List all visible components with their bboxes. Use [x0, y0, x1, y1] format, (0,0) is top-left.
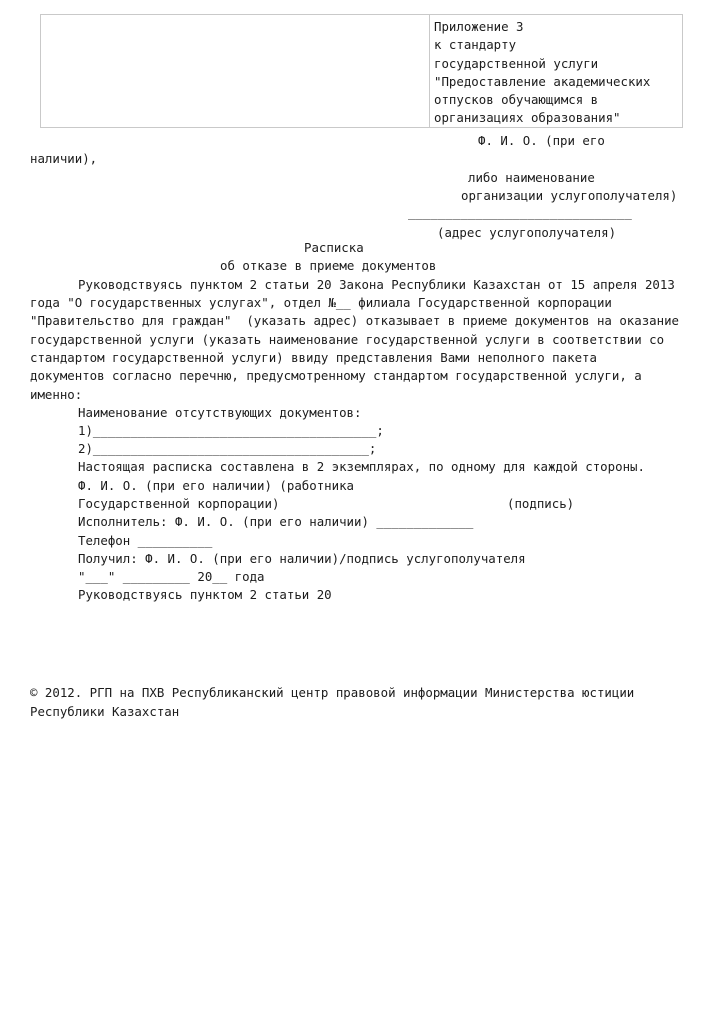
missing-docs-item-1: 1)______________________________________…	[78, 423, 384, 438]
missing-docs-header: Наименование отсутствующих документов:	[78, 405, 361, 420]
executor-line: Исполнитель: Ф. И. О. (при его наличии) …	[78, 514, 473, 529]
document-title-line-1: Расписка	[304, 240, 364, 255]
annex-line-5: отпусков обучающимся в	[434, 91, 680, 109]
annex-table-left-cell	[41, 15, 430, 127]
address-blank-line: ______________________________	[408, 205, 632, 220]
addressee-fio-line-2: наличии),	[30, 151, 97, 166]
document-title-line-2: об отказе в приеме документов	[220, 258, 436, 273]
body-paragraph-line-4: государственной услуги (указать наименов…	[30, 332, 664, 347]
address-caption: (адрес услугополучателя)	[437, 225, 616, 240]
addressee-alt-line-1: либо наименование	[468, 170, 595, 185]
signature-caption: (подпись)	[507, 496, 574, 511]
annex-line-6: организациях образования"	[434, 109, 680, 127]
annex-table-right-cell: Приложение 3 к стандарту государственной…	[430, 15, 682, 127]
body-paragraph-line-5: стандартом государственной услуги) ввиду…	[30, 350, 597, 365]
annex-line-4: "Предоставление академических	[434, 73, 680, 91]
annex-line-1: Приложение 3	[434, 18, 680, 36]
addressee-fio-line: Ф. И. О. (при его	[478, 133, 605, 148]
closing-line: Руководствуясь пунктом 2 статьи 20	[78, 587, 332, 602]
body-paragraph-line-7: именно:	[30, 387, 82, 402]
received-line: Получил: Ф. И. О. (при его наличии)/подп…	[78, 551, 526, 566]
document-page: Приложение 3 к стандарту государственной…	[0, 0, 724, 1024]
missing-docs-item-2: 2)_____________________________________;	[78, 441, 376, 456]
body-paragraph-line-3: "Правительство для граждан" (указать адр…	[30, 313, 679, 328]
annex-table: Приложение 3 к стандарту государственной…	[40, 14, 683, 128]
body-paragraph-line-1: Руководствуясь пунктом 2 статьи 20 Закон…	[78, 277, 675, 292]
phone-line: Телефон __________	[78, 533, 212, 548]
copyright-line-2: Республики Казахстан	[30, 704, 179, 719]
copyright-line-1: © 2012. РГП на ПХВ Республиканский центр…	[30, 685, 634, 700]
date-line: "___" _________ 20__ года	[78, 569, 265, 584]
addressee-alt-line-2: организации услугополучателя)	[461, 188, 677, 203]
worker-fio-line-1: Ф. И. О. (при его наличии) (работника	[78, 478, 354, 493]
annex-line-3: государственной услуги	[434, 55, 680, 73]
body-paragraph-line-2: года "О государственных услугах", отдел …	[30, 295, 612, 310]
body-paragraph-line-6: документов согласно перечню, предусмотре…	[30, 368, 642, 383]
worker-fio-line-2: Государственной корпорации)	[78, 496, 279, 511]
annex-line-2: к стандарту	[434, 36, 680, 54]
copies-note: Настоящая расписка составлена в 2 экземп…	[78, 459, 645, 474]
